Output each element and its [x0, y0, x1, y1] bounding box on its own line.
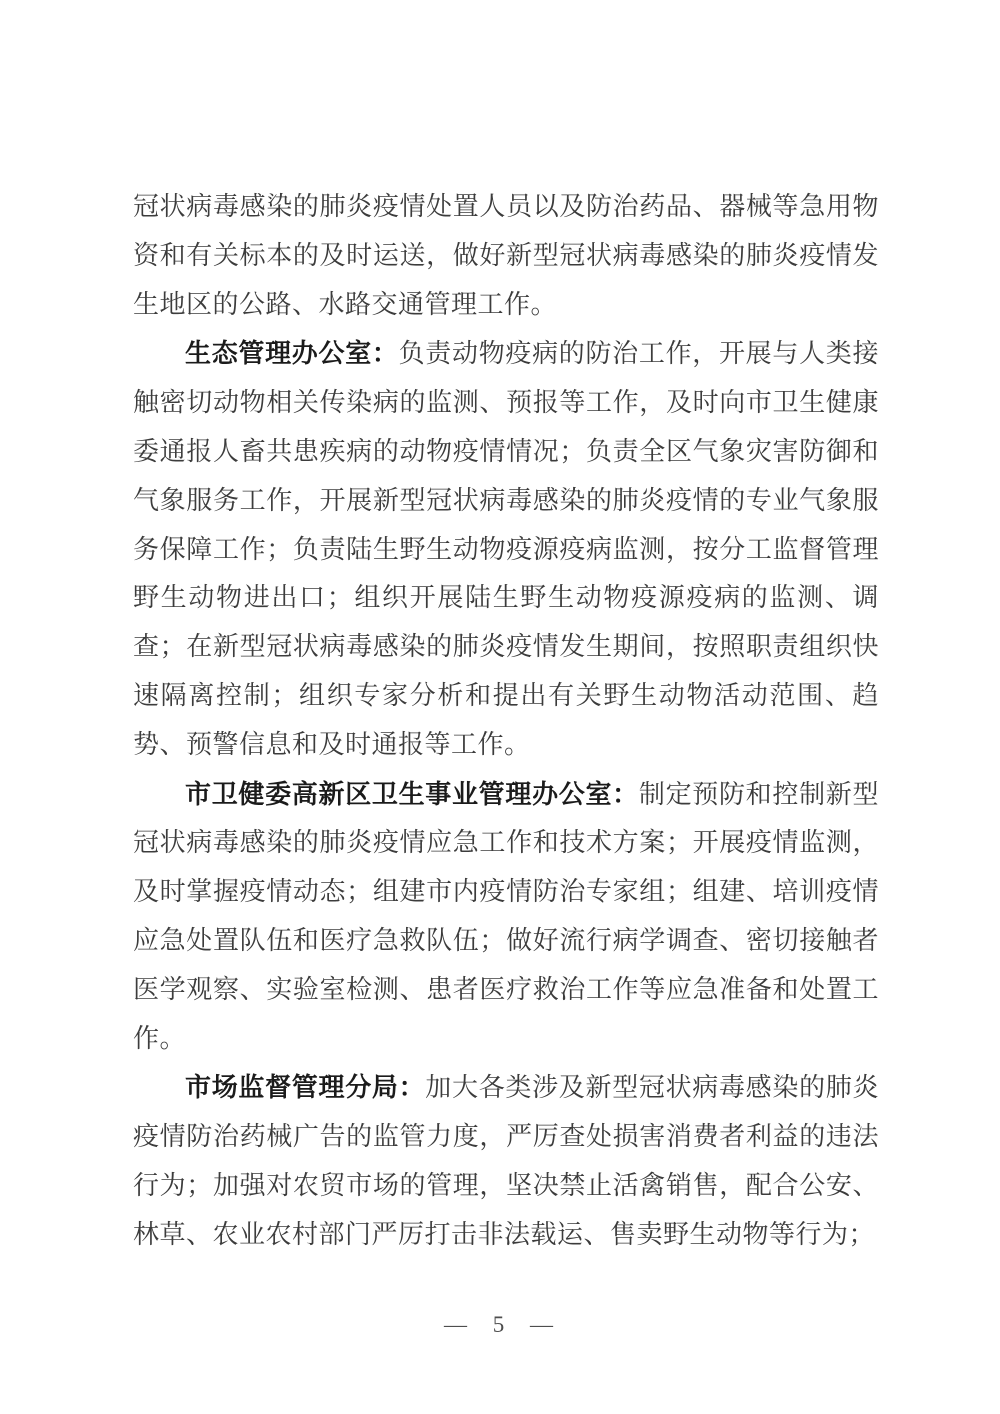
paragraph-text: 负责动物疫病的防治工作，开展与人类接触密切动物相关传染病的监测、预报等工作，及时… — [133, 339, 879, 758]
paragraph-health-admin-office: 市卫健委高新区卫生事业管理办公室：制定预防和控制新型冠状病毒感染的肺炎疫情应急工… — [133, 770, 879, 1064]
paragraph-lead: 生态管理办公室： — [185, 338, 399, 368]
paragraph-lead: 市场监督管理分局： — [185, 1072, 425, 1102]
document-body: 冠状病毒感染的肺炎疫情处置人员以及防治药品、器械等急用物资和有关标本的及时运送，… — [133, 182, 879, 1260]
paragraph-text: 冠状病毒感染的肺炎疫情处置人员以及防治药品、器械等急用物资和有关标本的及时运送，… — [133, 192, 879, 319]
paragraph-market-supervision-bureau: 市场监督管理分局：加大各类涉及新型冠状病毒感染的肺炎疫情防治药械广告的监管力度，… — [133, 1063, 879, 1259]
document-page: 冠状病毒感染的肺炎疫情处置人员以及防治药品、器械等急用物资和有关标本的及时运送，… — [0, 0, 1000, 1414]
paragraph-ecology-office: 生态管理办公室：负责动物疫病的防治工作，开展与人类接触密切动物相关传染病的监测、… — [133, 329, 879, 769]
paragraph-text: 制定预防和控制新型冠状病毒感染的肺炎疫情应急工作和技术方案；开展疫情监测，及时掌… — [133, 780, 879, 1053]
paragraph-lead: 市卫健委高新区卫生事业管理办公室： — [185, 779, 639, 809]
page-number: — 5 — — [0, 1312, 1000, 1338]
paragraph-continuation: 冠状病毒感染的肺炎疫情处置人员以及防治药品、器械等急用物资和有关标本的及时运送，… — [133, 182, 879, 329]
